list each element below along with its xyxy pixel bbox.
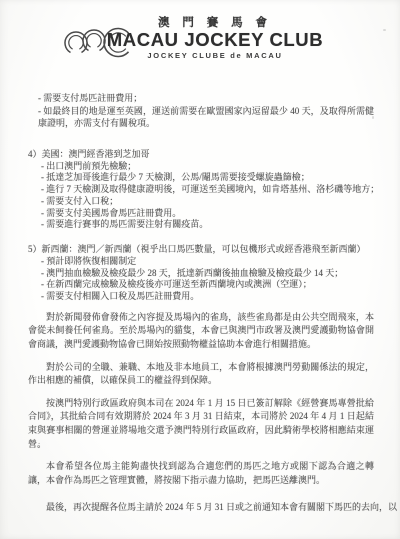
body-paragraph: 按澳門特別行政區政府與本司在 2024 年 1 月 15 日已簽訂解除《經營賽馬…: [28, 397, 374, 451]
section-new-zealand: 5）新西蘭：澳門／新西蘭（視乎出口馬匹數量，可以包機形式或經香港飛至新西蘭） -…: [28, 243, 374, 303]
bullet-item: - 如最終目的地是運至英國，運送前需要在歐盟國家內逗留最少 40 天，及取得所需…: [38, 105, 374, 130]
scan-speck: [120, 212, 122, 214]
scan-artifact: ：: [37, 438, 46, 451]
body-paragraph: 對於公司的全職、兼職、本地及非本地員工，本會將根據澳門勞動關係法的規定，作出相應…: [28, 361, 374, 388]
bullet-item: - 需要支付入口稅；: [41, 196, 374, 208]
section-heading: 4）美國：澳門經香港到芝加哥: [28, 148, 374, 161]
section-bullet-list: - 預計即將恢復相關制定 - 澳門抽血檢驗及檢疫最少 28 天，抵達新西蘭後抽血…: [28, 256, 374, 303]
section-usa: 4）美國：澳門經香港到芝加哥 - 出口澳門前預先檢驗； - 抵達芝加哥後進行最少…: [28, 148, 374, 231]
bullet-item: - 抵達芝加哥後進行最少 7 天檢測，公馬/閹馬需要接受螺旋蟲篩檢；: [41, 172, 374, 184]
bullet-item: - 預計即將恢復相關制定: [41, 256, 374, 268]
body-paragraph: 最後，再次提醒各位馬主請於 2024 年 5 月 31 日或之前通知本會有關閣下…: [28, 501, 374, 515]
bullet-item: - 需要支付馬匹註冊費用；: [38, 92, 374, 105]
bullet-item: - 在新西蘭完成檢驗及檢疫後亦可運送至新西蘭境內或澳洲（空運）；: [41, 279, 374, 291]
scanned-letter-page: 澳 門 賽 馬 會 MACAU JOCKEY CLUB JOCKEY CLUBE…: [0, 0, 400, 539]
body-paragraph: 本會希望各位馬主能夠盡快找到認為合適您們的馬匹之地方或閣下認為合適之轉讓，本會作…: [28, 460, 374, 487]
letterhead: 澳 門 賽 馬 會 MACAU JOCKEY CLUB JOCKEY CLUBE…: [0, 14, 400, 66]
club-title-english: MACAU JOCKEY CLUB: [92, 30, 338, 50]
intro-bullet-list: - 需要支付馬匹註冊費用； - 如最終目的地是運至英國，運送前需要在歐盟國家內逗…: [28, 92, 374, 130]
bullet-item: - 出口澳門前預先檢驗；: [41, 161, 374, 173]
club-titles: 澳 門 賽 馬 會 MACAU JOCKEY CLUB JOCKEY CLUBE…: [92, 14, 338, 60]
scan-speck: [372, 116, 374, 119]
bullet-item: - 澳門抽血檢驗及檢疫最少 28 天，抵達新西蘭後抽血檢驗及檢疫最少 14 天；: [41, 268, 374, 280]
bullet-item: - 進行 7 天檢測及取得健康證明後，可運送至美國境內，如肯塔基州、洛杉磯等地方…: [41, 184, 374, 196]
bullet-item: - 需要進行賽事的馬匹需要注射有關疫苗。: [41, 219, 374, 231]
body-paragraph: 對於新聞發佈會發佈之內容提及馬場內的雀鳥，該些雀鳥都是由公共空間飛來，本會從未飼…: [28, 311, 374, 352]
club-title-chinese: 澳 門 賽 馬 會: [92, 14, 338, 30]
club-title-portuguese: JOCKEY CLUBE de MACAU: [92, 51, 338, 60]
section-bullet-list: - 出口澳門前預先檢驗； - 抵達芝加哥後進行最少 7 天檢測，公馬/閹馬需要接…: [28, 161, 374, 231]
bullet-item: - 需要支付美國馬會馬匹註冊費用。: [41, 208, 374, 220]
bullet-item: - 需要支付相關入口稅及馬匹註冊費用。: [41, 291, 374, 303]
letter-body: - 需要支付馬匹註冊費用； - 如最終目的地是運至英國，運送前需要在歐盟國家內逗…: [0, 92, 400, 515]
scan-speck: [383, 29, 386, 31]
section-heading: 5）新西蘭：澳門／新西蘭（視乎出口馬匹數量，可以包機形式或經香港飛至新西蘭）: [28, 243, 374, 256]
